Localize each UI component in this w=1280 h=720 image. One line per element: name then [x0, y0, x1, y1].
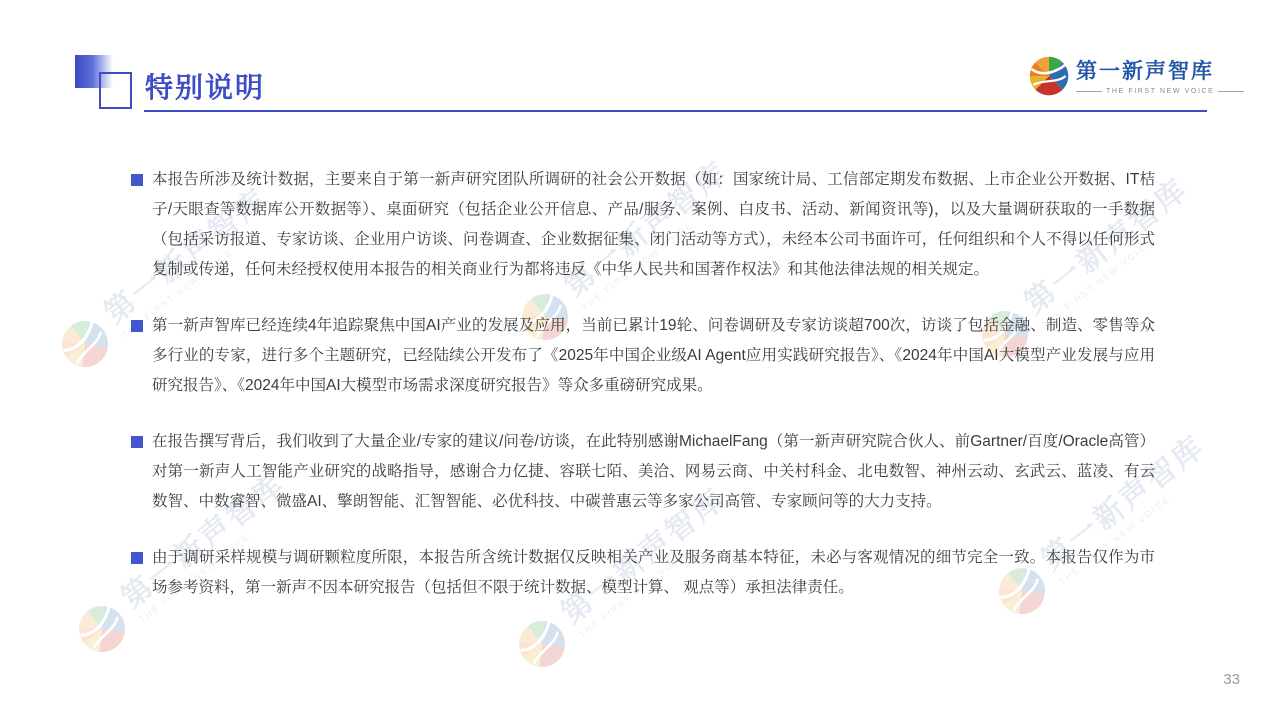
bullet-text: 由于调研采样规模与调研颗粒度所限，本报告所含统计数据仅反映相关产业及服务商基本特…: [152, 543, 1155, 603]
bullet-item: 第一新声智库已经连续4年追踪聚焦中国AI产业的发展及应用，当前已累计19轮、问卷…: [131, 311, 1155, 401]
bullet-item: 由于调研采样规模与调研颗粒度所限，本报告所含统计数据仅反映相关产业及服务商基本特…: [131, 543, 1155, 603]
watermark-globe-icon: [50, 309, 120, 379]
tagline-left-rule: [1076, 91, 1102, 92]
bullet-text: 本报告所涉及统计数据，主要来自于第一新声研究团队所调研的社会公开数据（如：国家统…: [152, 165, 1155, 285]
bullet-item: 在报告撰写背后，我们收到了大量企业/专家的建议/问卷/访谈，在此特别感谢Mich…: [131, 427, 1155, 517]
bullet-square-icon: [131, 174, 143, 186]
page-title: 特别说明: [145, 66, 265, 106]
logo-tagline: THE FIRST NEW VOICE: [1106, 88, 1214, 95]
logo-tagline-row: THE FIRST NEW VOICE: [1076, 88, 1244, 95]
bullet-square-icon: [131, 436, 143, 448]
report-slide: 第一新声智库 THE FIRST NEW VOICE 第一新声智库 THE FI…: [0, 0, 1280, 720]
logo-name: 第一新声智库: [1076, 55, 1244, 85]
page-number: 33: [1223, 671, 1240, 688]
logo-globe-icon: [1028, 55, 1070, 97]
bullet-square-icon: [131, 552, 143, 564]
company-logo: 第一新声智库 THE FIRST NEW VOICE: [1028, 55, 1244, 97]
watermark-globe-icon: [67, 594, 137, 664]
title-decoration-outline-square: [99, 72, 132, 109]
bullet-text: 在报告撰写背后，我们收到了大量企业/专家的建议/问卷/访谈，在此特别感谢Mich…: [152, 427, 1155, 517]
tagline-right-rule: [1218, 91, 1244, 92]
bullet-item: 本报告所涉及统计数据，主要来自于第一新声研究团队所调研的社会公开数据（如：国家统…: [131, 165, 1155, 285]
notes-content: 本报告所涉及统计数据，主要来自于第一新声研究团队所调研的社会公开数据（如：国家统…: [131, 165, 1155, 629]
title-underline: [144, 110, 1207, 112]
bullet-text: 第一新声智库已经连续4年追踪聚焦中国AI产业的发展及应用，当前已累计19轮、问卷…: [152, 311, 1155, 401]
bullet-square-icon: [131, 320, 143, 332]
